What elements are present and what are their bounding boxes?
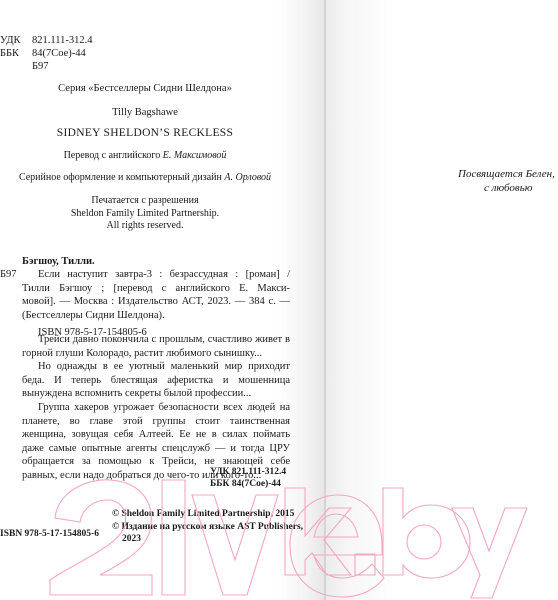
copyright-line: © Издание на русском языке AST Publisher… [112,521,303,534]
design-prefix: Серийное оформление и компьютерный дизай… [19,172,222,183]
dedication-line-1: Посвящается Белен, [458,168,555,181]
bib-line: (Бестселлеры Сидни Шелдона). [22,309,290,323]
bib-mark: Б97 [0,268,17,281]
author-name: Tilly Bagshawe [0,106,290,119]
udk-row: УДК821.111-312.4 [0,34,92,47]
udk-label: УДК [0,34,32,47]
copyright-block: © Sheldon Family Limited Partnership, 20… [112,508,303,546]
copyright-line: © Sheldon Family Limited Partnership, 20… [112,508,303,521]
bib-heading: Бэгшоу, Тилли. [22,255,95,268]
author-mark: Б97 [32,60,49,73]
original-title: SIDNEY SHELDON’S RECKLESS [0,127,290,140]
annotation: Трейси давно покончила с прошлым, счастл… [22,333,290,483]
bib-line: Тилли Бэгшоу ; [перевод с английского Е.… [22,282,290,296]
dedication-line-2: с любовью [484,182,532,195]
annotation-paragraph: Трейси давно покончила с прошлым, счастл… [22,333,290,360]
right-page [326,0,558,600]
designer-name: А. Орловой [224,172,271,183]
bbk-label: ББК [0,47,32,60]
permission-line: All rights reserved. [0,220,290,233]
series-name: Серия «Бестселлеры Сидни Шелдона» [0,82,290,95]
design-credit: Серийное оформление и компьютерный дизай… [0,171,290,184]
annotation-paragraph: Но однажды в ее уютный маленький мир при… [22,360,290,401]
book-spine [324,0,326,600]
translation-credit: Перевод с английского Е. Максимовой [0,149,290,162]
bbk-row: ББК84(7Сое)-44 [0,47,86,60]
footer-isbn: ISBN 978-5-17-154805-6 [0,528,99,541]
bib-record: Если наступит завтра-3 : безрассудная : … [22,268,290,340]
udk-value: 821.111-312.4 [32,35,92,46]
bib-line: Если наступит завтра-3 : безрассудная : … [22,268,290,282]
bib-line: мовой]. — Москва : Издательство АСТ, 202… [22,295,290,309]
translator-name: Е. Максимовой [163,150,227,161]
translation-prefix: Перевод с английского [64,150,161,161]
permission-line: Печатается с разрешения [0,195,290,208]
bbk-value: 84(7Сое)-44 [32,48,86,59]
copyright-line: 2023 [112,533,303,546]
book-spread: УДК821.111-312.4 ББК84(7Сое)-44 Б97 Сери… [0,0,558,600]
permission-line: Sheldon Family Limited Partnership. [0,208,290,221]
footer-bbk: ББК 84(7Сое)-44 [210,478,281,491]
permission-notice: Печатается с разрешения Sheldon Family L… [0,195,290,233]
